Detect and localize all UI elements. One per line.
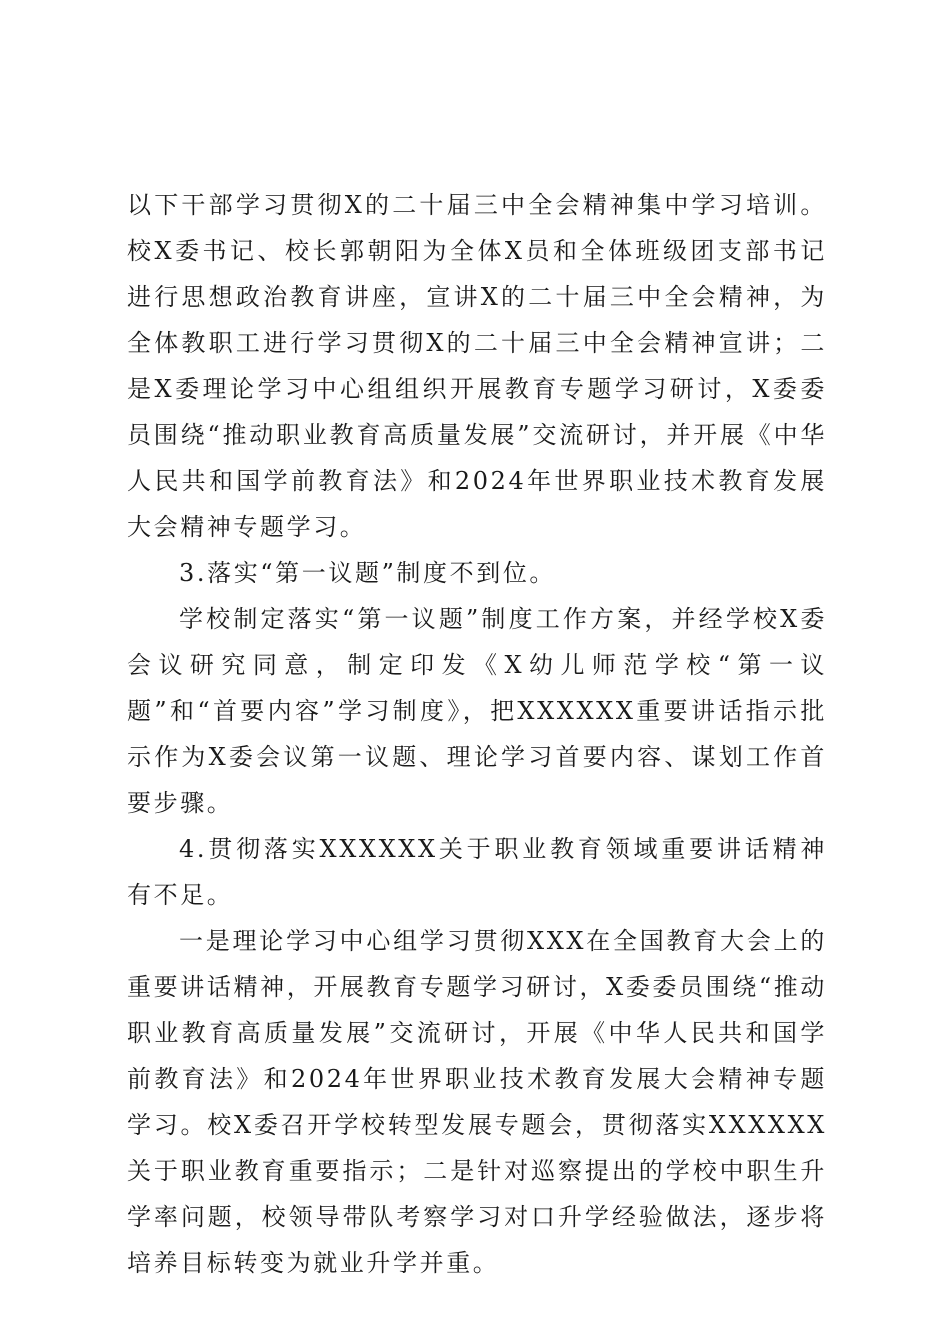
section-heading-4: 4.贯彻落实XXXXXX关于职业教育领域重要讲话精神有不足。: [127, 826, 827, 918]
body-paragraph-vocational-education: 一是理论学习中心组学习贯彻XXX在全国教育大会上的重要讲话精神，开展教育专题学习…: [127, 918, 827, 1286]
document-page: 以下干部学习贯彻X的二十届三中全会精神集中学习培训。校X委书记、校长郭朝阳为全体…: [127, 182, 827, 1286]
body-paragraph-continuation: 以下干部学习贯彻X的二十届三中全会精神集中学习培训。校X委书记、校长郭朝阳为全体…: [127, 182, 827, 550]
body-paragraph-first-topic: 学校制定落实“第一议题”制度工作方案，并经学校X委会议研究同意，制定印发《X幼儿…: [127, 596, 827, 826]
section-heading-3: 3.落实“第一议题”制度不到位。: [127, 550, 827, 596]
